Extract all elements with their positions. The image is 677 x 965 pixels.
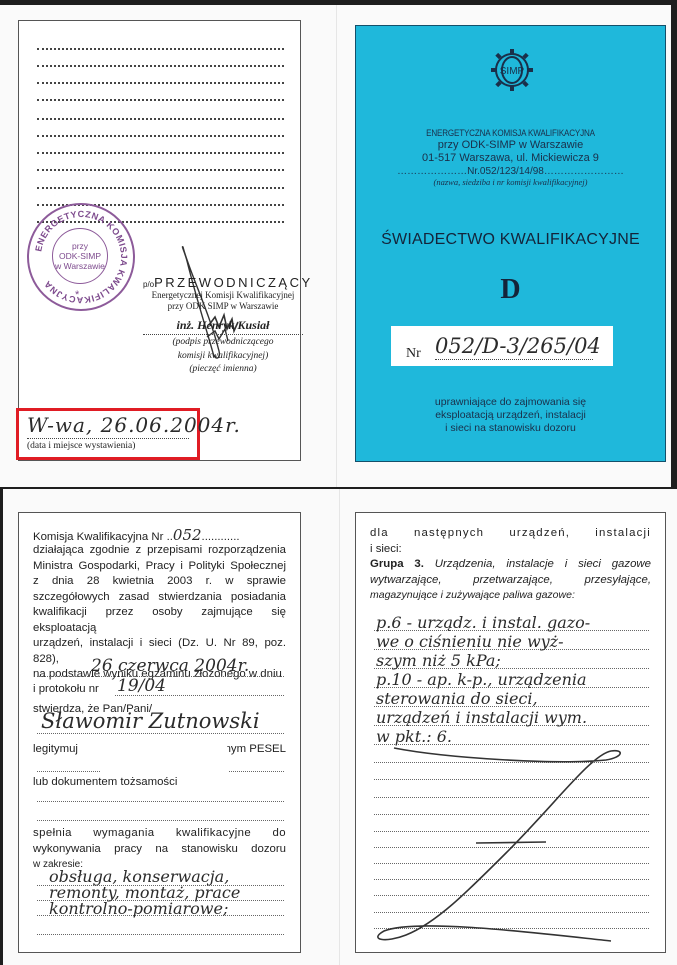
stamp-line: ODK-SIMP xyxy=(59,251,101,261)
certificate-number-label: Nr xyxy=(406,346,421,362)
device-scope-line: szym niż 5 kPa; xyxy=(376,651,501,670)
blank-line xyxy=(37,820,284,821)
blank-line xyxy=(37,152,284,154)
issue-date-highlight: W-wa, 26.06.2004r. (data i miejsce wysta… xyxy=(16,408,200,460)
chairman-name: inż. Henryk Kusiał xyxy=(143,318,303,335)
stamp-line: w Warszawie xyxy=(55,261,105,271)
issue-date: W-wa, 26.06.2004r. xyxy=(27,413,241,437)
stamp-line: przy xyxy=(72,241,88,251)
commission-name: ENERGETYCZNA KOMISJA KWALIFIKACYJNA xyxy=(379,128,642,139)
blank-line xyxy=(37,934,284,935)
date-line xyxy=(27,438,189,439)
blank-line xyxy=(37,99,284,101)
commission-row: Komisja Kwalifikacyjna Nr ..052.........… xyxy=(33,526,286,544)
commission-nr: 052 xyxy=(173,526,202,544)
issue-date-caption: (data i miejsce wystawienia) xyxy=(27,441,135,451)
signature-caption: (podpis przewodniczącego xyxy=(143,337,303,349)
device-scope-line: p.10 - ap. k-p., urządzenia xyxy=(376,670,587,689)
certificate-purpose: uprawniające do zajmowania się eksploata… xyxy=(356,396,665,435)
redacted-pesel xyxy=(82,741,227,771)
chairman-org: Energetycznej Komisji Kwalifikacyjnej xyxy=(143,290,303,301)
signature-caption: (pieczęć imienna) xyxy=(143,364,303,376)
device-scope-line: urządzeń i instalacji wym. xyxy=(376,708,587,727)
device-scope-line: w pkt.: 6. xyxy=(376,727,452,746)
blank-line xyxy=(37,801,284,802)
blank-line xyxy=(37,771,100,772)
fold-line xyxy=(336,5,337,487)
stamp-center: przy ODK-SIMP w Warszawie xyxy=(52,228,108,284)
blank-line xyxy=(37,135,284,137)
certificate-body-page: Komisja Kwalifikacyjna Nr ..052.........… xyxy=(18,512,301,953)
scope-line: kontrolno-pomiarowe; xyxy=(49,899,228,918)
certificate-number: 052/D-3/265/04 xyxy=(435,334,601,358)
blank-line xyxy=(37,118,284,120)
certificate-category: D xyxy=(356,274,665,306)
devices-page: dla następnych urządzeń, instalacji i si… xyxy=(355,512,666,953)
blank-line xyxy=(229,771,284,772)
fold-line xyxy=(339,489,340,965)
commission-number: …………………Nr.052/123/14/98…………………… xyxy=(356,166,665,177)
simp-gear-logo-icon: SIMP xyxy=(490,48,534,92)
signature-caption: komisji kwalifikacyjnej) xyxy=(143,351,303,363)
certificate-cover: SIMP ENERGETYCZNA KOMISJA KWALIFIKACYJNA… xyxy=(355,25,666,462)
id-document-label: lub dokumentem tożsamości xyxy=(33,776,286,788)
chairman-title: p/oPRZEWODNICZĄCY xyxy=(143,275,303,290)
svg-text:SIMP: SIMP xyxy=(500,66,525,77)
blank-line xyxy=(37,187,284,189)
number-line xyxy=(435,359,593,360)
certificate-number-box: Nr 052/D-3/265/04 xyxy=(391,326,613,366)
blank-line xyxy=(37,65,284,67)
commission-stamp: ENERGETYCZNA KOMISJA KWALIFIKACYJNA przy… xyxy=(27,203,135,311)
protocol-nr: 19/04 xyxy=(117,676,166,696)
certificate-title: ŚWIADECTWO KWALIFIKACYJNE xyxy=(356,231,665,249)
chairman-org: przy ODK SIMP w Warszawie xyxy=(143,301,303,312)
stamp-star-icon: * xyxy=(75,289,79,301)
blank-line xyxy=(37,733,284,734)
commission-header: ENERGETYCZNA KOMISJA KWALIFIKACYJNA przy… xyxy=(356,128,665,187)
requirements-paragraph: spełnia wymagania kwalifikacyjne do wyko… xyxy=(33,826,286,857)
person-name: Sławomir Zutnowski xyxy=(41,709,260,733)
commission-caption: (nazwa, siedziba i nr komisji kwalifikac… xyxy=(356,177,665,187)
commission-address: 01-517 Warszawa, ul. Mickiewicza 9 xyxy=(356,152,665,165)
device-scope-line: sterowania do sieci, xyxy=(376,689,538,708)
commission-affiliation: przy ODK-SIMP w Warszawie xyxy=(356,139,665,152)
signature-page: ENERGETYCZNA KOMISJA KWALIFIKACYJNA przy… xyxy=(18,20,301,461)
blank-line xyxy=(37,82,284,84)
exam-date: 26 czerwca 2004r. xyxy=(91,656,249,676)
device-scope-line: we o ciśnieniu nie wyż- xyxy=(376,632,564,651)
blank-line xyxy=(37,48,284,50)
device-scope-line: p.6 - urządz. i instal. gazo- xyxy=(376,613,590,632)
blank-line xyxy=(37,169,284,171)
chairman-block: p/oPRZEWODNICZĄCY Energetycznej Komisji … xyxy=(143,275,303,376)
